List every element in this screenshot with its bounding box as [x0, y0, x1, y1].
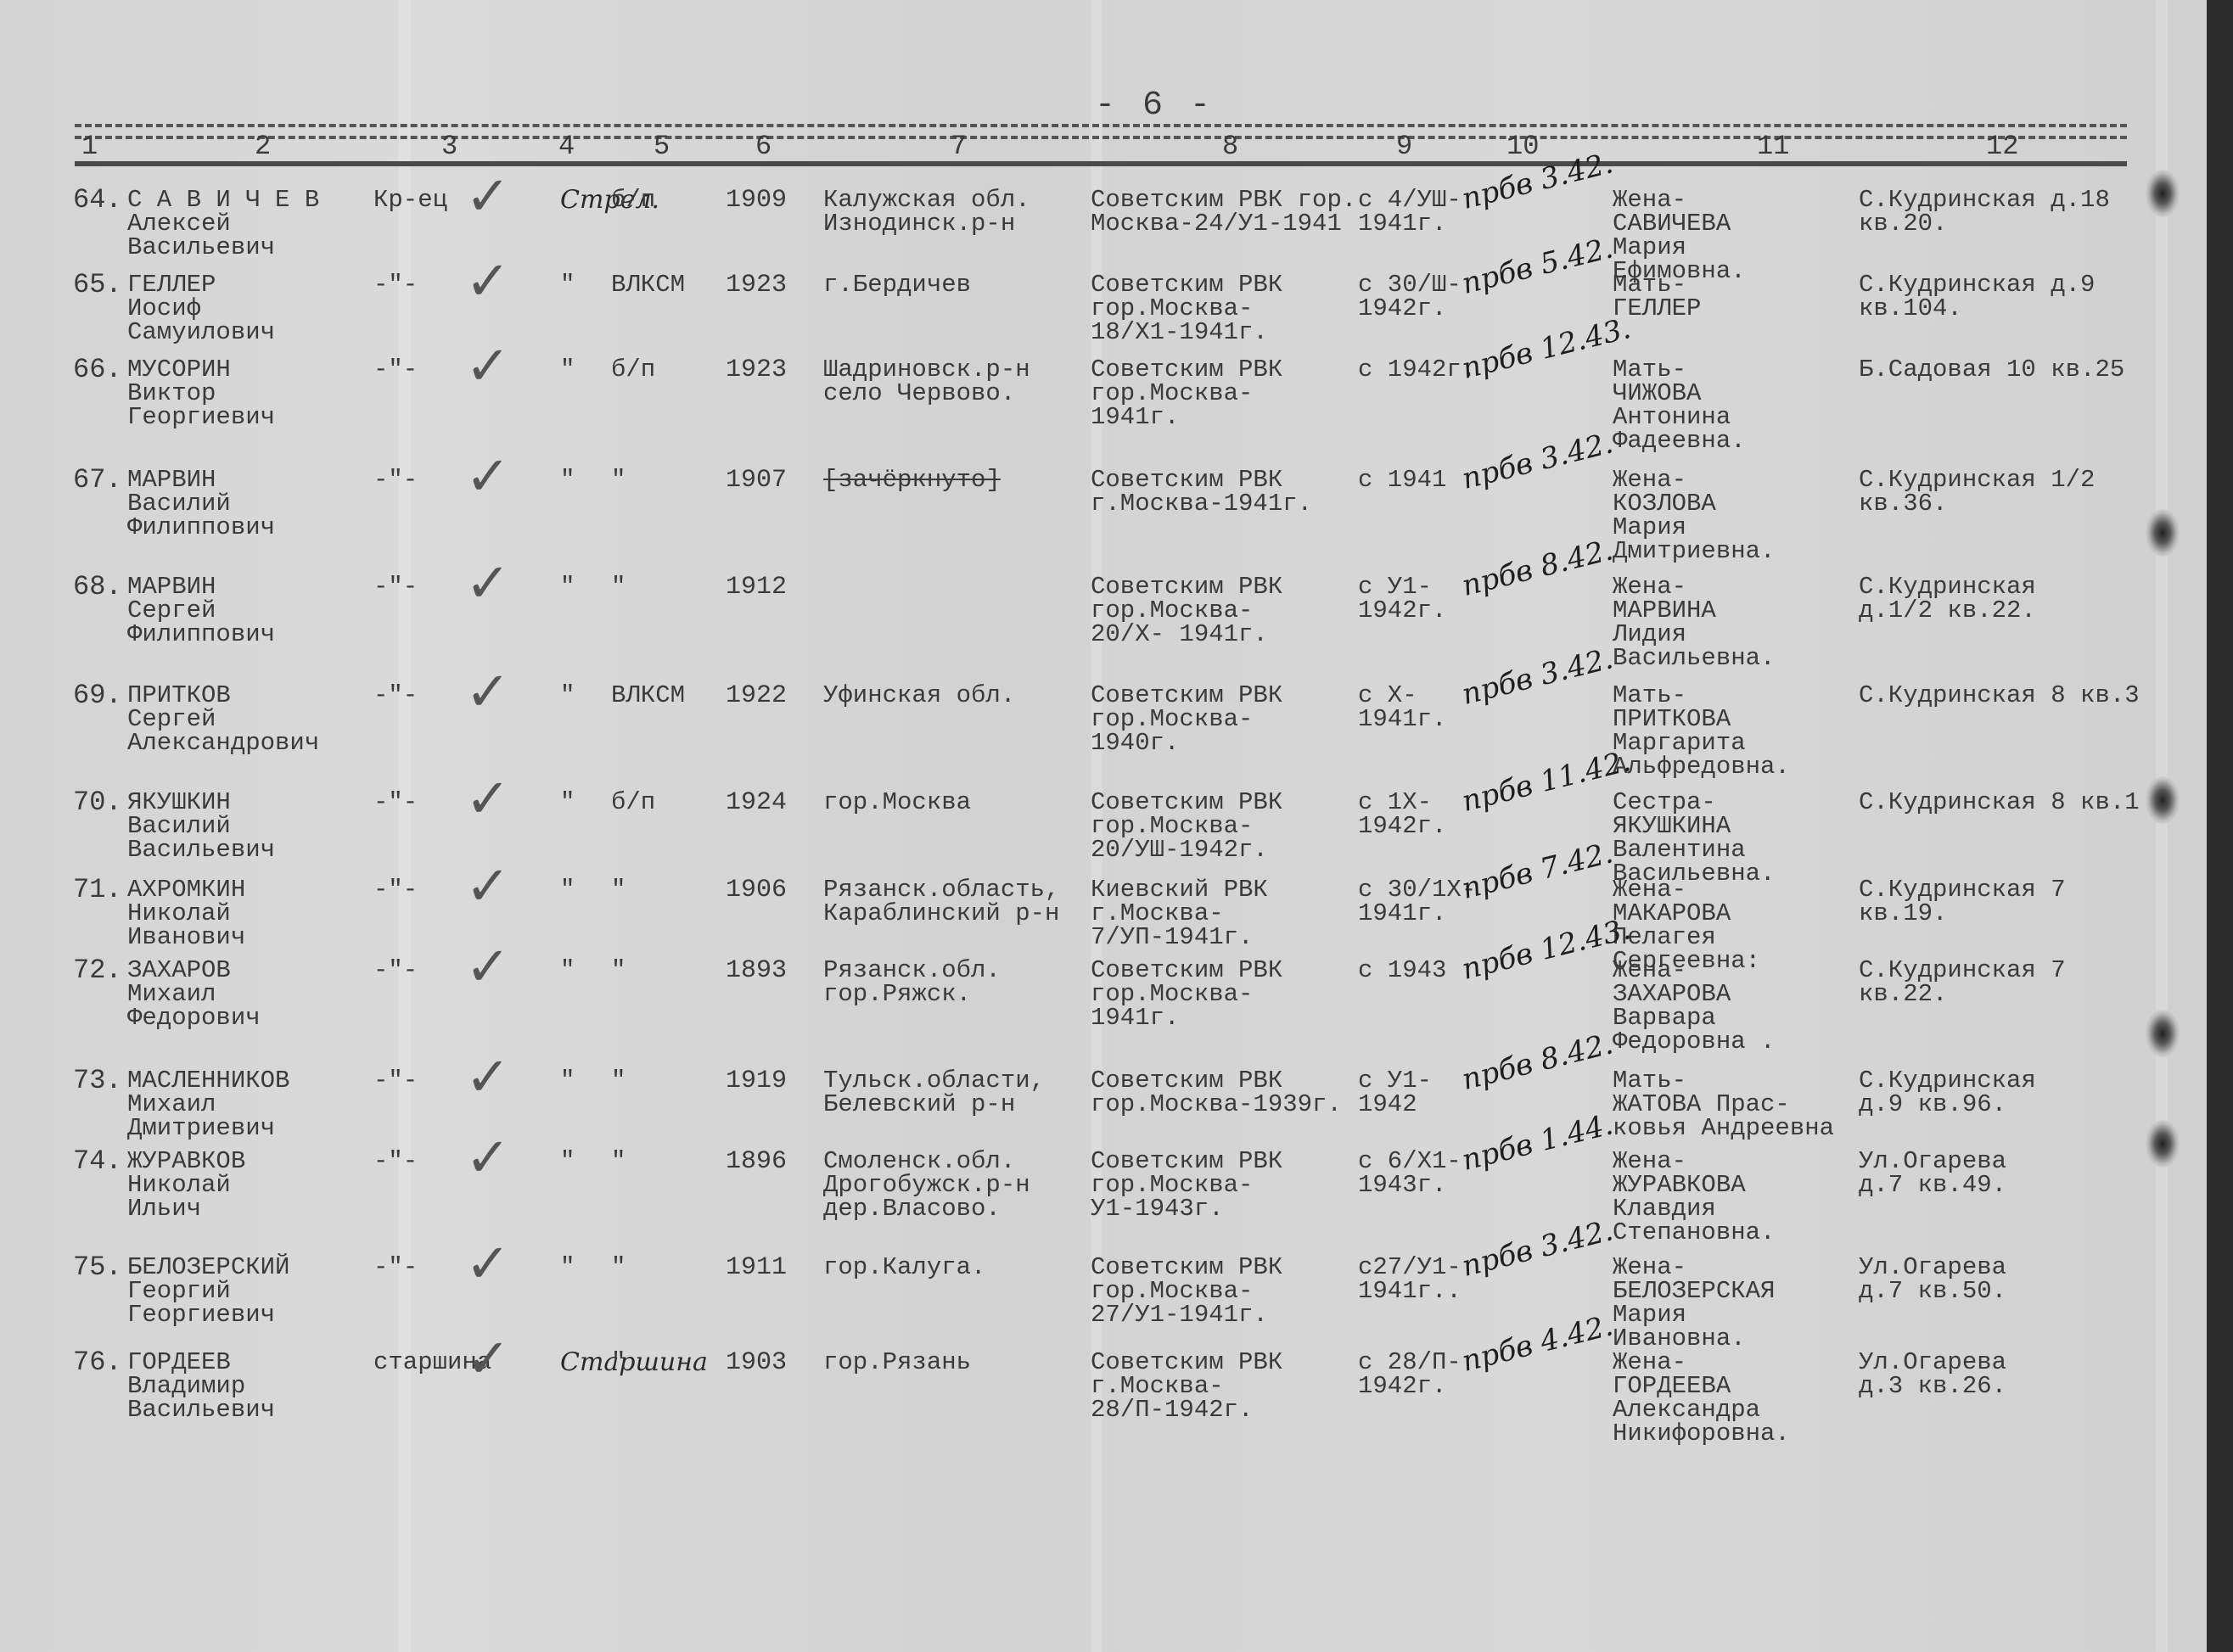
- check-mark-icon: ✓: [465, 861, 511, 912]
- service-since: с 1943: [1358, 959, 1446, 983]
- address: Б.Садовая 10 кв.25: [1859, 358, 2124, 382]
- surname: БЕЛОЗЕРСКИЙ: [127, 1256, 289, 1280]
- column-header-7: 7: [951, 131, 967, 162]
- header-thick-rule: [75, 161, 2127, 166]
- service-since: с 6/Х1- 1943г.: [1358, 1150, 1462, 1197]
- surname: ПРИТКОВ: [127, 684, 231, 708]
- column-header-5: 5: [654, 131, 670, 162]
- conscription-office: Советским РВК г.Москва- 28/П-1942г.: [1091, 1351, 1282, 1422]
- patronymic: Дмитриевич: [127, 1117, 275, 1140]
- patronymic: Георгиевич: [127, 1303, 275, 1327]
- party-affiliation: ": [611, 959, 626, 983]
- service-since: с 4/УШ- 1941г.: [1358, 188, 1462, 236]
- service-since: с 30/1Х- 1941г.: [1358, 878, 1476, 926]
- conscription-office: Советским РВК гор.Москва- 1941г.: [1091, 959, 1282, 1030]
- address: Ул.Огарева д.7 кв.50.: [1859, 1256, 2006, 1303]
- column-4-value: Старшина: [560, 1351, 708, 1375]
- column-header-4: 4: [558, 131, 575, 162]
- handwritten-note: прбв 5.42.: [1460, 236, 1615, 296]
- surname: ГЕЛЛЕР: [127, 273, 216, 297]
- birth-year: 1923: [726, 358, 787, 382]
- party-affiliation: ": [611, 1256, 626, 1280]
- column-header-3: 3: [441, 131, 457, 162]
- service-since: с27/У1- 1941г..: [1358, 1256, 1462, 1303]
- header-double-rule: [75, 124, 2127, 139]
- handwritten-note: прбв 12.43.: [1460, 316, 1633, 381]
- address: Ул.Огарева д.3 кв.26.: [1859, 1351, 2006, 1398]
- birth-year: 1922: [726, 684, 787, 708]
- row-number: 66.: [73, 358, 122, 382]
- birth-year: 1911: [726, 1256, 787, 1280]
- address: С.Кудринская 7 кв.22.: [1859, 959, 2066, 1006]
- address: С.Кудринская 8 кв.1: [1859, 791, 2140, 815]
- patronymic: Филиппович: [127, 623, 275, 647]
- conscription-office: Советским РВК гор. Москва-24/У1-1941: [1091, 188, 1356, 236]
- birthplace: Уфинская обл.: [823, 684, 1015, 708]
- column-header-10: 10: [1506, 131, 1539, 162]
- address: С.Кудринская 7 кв.19.: [1859, 878, 2066, 926]
- handwritten-note: прбв 8.42.: [1460, 538, 1615, 598]
- patronymic: Васильевич: [127, 1398, 275, 1422]
- rank: Кр-ец: [373, 188, 447, 212]
- page-number: - 6 -: [1095, 87, 1214, 125]
- column-4-value: ": [560, 468, 575, 492]
- column-header-1: 1: [81, 131, 98, 162]
- birth-year: 1912: [726, 575, 787, 599]
- patronymic: Ильич: [127, 1197, 201, 1221]
- check-mark-icon: ✓: [465, 451, 511, 502]
- given-name: Василий: [127, 815, 231, 838]
- birthplace: Шадриновск.р-н село Червово.: [823, 358, 1030, 406]
- conscription-office: Советским РВК гор.Москва- У1-1943г.: [1091, 1150, 1282, 1221]
- surname: ГОРДЕЕВ: [127, 1351, 231, 1375]
- conscription-office: Советским РВК гор.Москва- 27/У1-1941г.: [1091, 1256, 1282, 1327]
- column-4-value: ": [560, 575, 575, 599]
- given-name: Виктор: [127, 382, 216, 406]
- next-of-kin: Жена- МАРВИНА Лидия Васильевна.: [1613, 575, 1775, 670]
- patronymic: Васильевич: [127, 236, 275, 260]
- patronymic: Самуилович: [127, 321, 275, 344]
- handwritten-note: прбв 11.42.: [1460, 749, 1633, 814]
- check-mark-icon: ✓: [465, 667, 511, 718]
- next-of-kin: Мать- ПРИТКОВА Маргарита Альфредовна.: [1613, 684, 1790, 779]
- handwritten-note: прбв 3.42.: [1460, 431, 1615, 491]
- service-since: с 1Х- 1942г.: [1358, 791, 1446, 838]
- binding-hole: [2146, 776, 2180, 824]
- check-mark-icon: ✓: [465, 774, 511, 825]
- conscription-office: Советским РВК гор.Москва- 1941г.: [1091, 358, 1282, 429]
- row-number: 76.: [73, 1351, 122, 1375]
- rank: -"-: [373, 1150, 418, 1173]
- address: Ул.Огарева д.7 кв.49.: [1859, 1150, 2006, 1197]
- column-header-2: 2: [255, 131, 271, 162]
- birth-year: 1909: [726, 188, 787, 212]
- handwritten-note: прбв 1.44.: [1460, 1112, 1615, 1173]
- given-name: Николай: [127, 902, 231, 926]
- surname: МАРВИН: [127, 575, 216, 599]
- handwritten-note: прбв 3.42.: [1460, 1218, 1615, 1279]
- column-4-value: ": [560, 358, 575, 382]
- next-of-kin: Сестра- ЯКУШКИНА Валентина Васильевна.: [1613, 791, 1775, 886]
- given-name: Михаил: [127, 1093, 216, 1117]
- column-header-6: 6: [755, 131, 771, 162]
- party-affiliation: ": [611, 1150, 626, 1173]
- check-mark-icon: ✓: [465, 171, 511, 222]
- conscription-office: Советским РВК гор.Москва- 18/Х1-1941г.: [1091, 273, 1282, 344]
- binding-hole: [2146, 1120, 2180, 1168]
- rank: -"-: [373, 1256, 418, 1280]
- birthplace: Рязанск.область, Караблинский р-н: [823, 878, 1059, 926]
- conscription-office: Советским РВК гор.Москва- 1940г.: [1091, 684, 1282, 755]
- service-since: с 1941: [1358, 468, 1446, 492]
- row-number: 75.: [73, 1256, 122, 1280]
- party-affiliation: б/п: [611, 791, 655, 815]
- birth-year: 1896: [726, 1150, 787, 1173]
- next-of-kin: Мать- ЖАТОВА Прас- ковья Андреевна: [1613, 1069, 1834, 1140]
- handwritten-note: прбв 12.43.: [1460, 917, 1633, 982]
- party-affiliation: ": [611, 468, 626, 492]
- given-name: Николай: [127, 1173, 231, 1197]
- next-of-kin: Жена- ГОРДЕЕВА Александра Никифоровна.: [1613, 1351, 1790, 1446]
- column-4-value: ": [560, 959, 575, 983]
- column-4-value: ": [560, 791, 575, 815]
- given-name: Георгий: [127, 1280, 231, 1303]
- next-of-kin: Жена- БЕЛОЗЕРСКАЯ Мария Ивановна.: [1613, 1256, 1775, 1351]
- next-of-kin: Жена- КОЗЛОВА Мария Дмитриевна.: [1613, 468, 1775, 563]
- rank: -"-: [373, 468, 418, 492]
- patronymic: Филиппович: [127, 516, 275, 540]
- service-since: с Х- 1941г.: [1358, 684, 1446, 731]
- row-number: 65.: [73, 273, 122, 297]
- column-header-11: 11: [1757, 131, 1789, 162]
- birthplace: Рязанск.обл. гор.Ряжск.: [823, 959, 1001, 1006]
- birth-year: 1923: [726, 273, 787, 297]
- column-header-12: 12: [1986, 131, 2018, 162]
- rank: -"-: [373, 273, 418, 297]
- party-affiliation: б/п: [611, 358, 655, 382]
- rank: -"-: [373, 575, 418, 599]
- surname: МУСОРИН: [127, 358, 231, 382]
- birthplace: гор.Калуга.: [823, 1256, 985, 1280]
- column-4-value: ": [560, 684, 575, 708]
- birthplace: [зачёркнуто]: [823, 468, 1001, 492]
- address: С.Кудринская 8 кв.3: [1859, 684, 2140, 708]
- birth-year: 1919: [726, 1069, 787, 1093]
- next-of-kin: Жена- ЗАХАРОВА Варвара Федоровна .: [1613, 959, 1775, 1054]
- party-affiliation: б/п: [611, 188, 655, 212]
- service-since: с 1942г.: [1358, 358, 1476, 382]
- surname: МАРВИН: [127, 468, 216, 492]
- conscription-office: Киевский РВК г.Москва- 7/УП-1941г.: [1091, 878, 1268, 949]
- birth-year: 1903: [726, 1351, 787, 1375]
- binding-hole: [2146, 170, 2180, 217]
- birthplace: гор.Москва: [823, 791, 971, 815]
- birthplace: Смоленск.обл. Дрогобужск.р-н дер.Власово…: [823, 1150, 1030, 1221]
- row-number: 68.: [73, 575, 122, 599]
- rank: -"-: [373, 1069, 418, 1093]
- birth-year: 1924: [726, 791, 787, 815]
- rank: -"-: [373, 684, 418, 708]
- check-mark-icon: ✓: [465, 1052, 511, 1103]
- rank: -"-: [373, 878, 418, 902]
- rank: -"-: [373, 791, 418, 815]
- conscription-office: Советским РВК г.Москва-1941г.: [1091, 468, 1312, 516]
- patronymic: Александрович: [127, 731, 319, 755]
- column-4-value: ": [560, 878, 575, 902]
- party-affiliation: ВЛКСМ: [611, 273, 685, 297]
- next-of-kin: Жена- ЖУРАВКОВА Клавдия Степановна.: [1613, 1150, 1775, 1245]
- patronymic: Иванович: [127, 926, 245, 949]
- service-since: с 30/Ш- 1942г.: [1358, 273, 1462, 321]
- birthplace: г.Бердичев: [823, 273, 971, 297]
- given-name: Сергей: [127, 708, 216, 731]
- party-affiliation: ": [611, 1069, 626, 1093]
- next-of-kin: Мать- ЧИЖОВА Антонина Фадеевна.: [1613, 358, 1746, 453]
- handwritten-note: прбв 3.42.: [1460, 647, 1615, 707]
- conscription-office: Советским РВК гор.Москва- 20/УШ-1942г.: [1091, 791, 1282, 862]
- row-number: 64.: [73, 188, 122, 212]
- given-name: Михаил: [127, 983, 216, 1006]
- surname: АХРОМКИН: [127, 878, 245, 902]
- scan-edge: [2207, 0, 2233, 1652]
- surname: ЗАХАРОВ: [127, 959, 231, 983]
- surname: ЯКУШКИН: [127, 791, 231, 815]
- paper-fold: [2156, 0, 2168, 1652]
- document-page: - 6 - 1 2 3 4 5 6 7 8 9 10 11 12 64.С А …: [0, 0, 2207, 1652]
- given-name: Владимир: [127, 1375, 245, 1398]
- check-mark-icon: ✓: [465, 558, 511, 609]
- binding-hole: [2146, 509, 2180, 557]
- patronymic: Федорович: [127, 1006, 261, 1030]
- rank: -"-: [373, 358, 418, 382]
- surname: С А В И Ч Е В: [127, 188, 319, 212]
- check-mark-icon: ✓: [465, 1334, 511, 1385]
- surname: МАСЛЕННИКОВ: [127, 1069, 289, 1093]
- row-number: 69.: [73, 684, 122, 708]
- column-4-value: ": [560, 1256, 575, 1280]
- address: С.Кудринская 1/2 кв.36.: [1859, 468, 2095, 516]
- given-name: Василий: [127, 492, 231, 516]
- address: С.Кудринская д.9 кв.96.: [1859, 1069, 2036, 1117]
- row-number: 71.: [73, 878, 122, 902]
- column-4-value: ": [560, 1150, 575, 1173]
- row-number: 74.: [73, 1150, 122, 1173]
- birth-year: 1906: [726, 878, 787, 902]
- address: С.Кудринская д.9 кв.104.: [1859, 273, 2095, 321]
- party-affiliation: ВЛКСМ: [611, 684, 685, 708]
- binding-hole: [2146, 1010, 2180, 1057]
- service-since: с У1- 1942: [1358, 1069, 1432, 1117]
- birth-year: 1907: [726, 468, 787, 492]
- given-name: Иосиф: [127, 297, 201, 321]
- party-affiliation: ": [611, 878, 626, 902]
- check-mark-icon: ✓: [465, 1239, 511, 1290]
- check-mark-icon: ✓: [465, 256, 511, 307]
- service-since: с У1- 1942г.: [1358, 575, 1446, 623]
- check-mark-icon: ✓: [465, 942, 511, 993]
- conscription-office: Советским РВК гор.Москва-1939г.: [1091, 1069, 1342, 1117]
- party-affiliation: ": [611, 1351, 626, 1375]
- conscription-office: Советским РВК гор.Москва- 20/Х- 1941г.: [1091, 575, 1282, 647]
- handwritten-note: прбв 4.42.: [1460, 1313, 1615, 1374]
- patronymic: Васильевич: [127, 838, 275, 862]
- birthplace: гор.Рязань: [823, 1351, 971, 1375]
- row-number: 72.: [73, 959, 122, 983]
- next-of-kin: Жена- САВИЧЕВА Мария Ефимовна.: [1613, 188, 1746, 283]
- birthplace: Тульск.области, Белевский р-н: [823, 1069, 1045, 1117]
- patronymic: Георгиевич: [127, 406, 275, 429]
- paper-fold: [399, 0, 411, 1652]
- birthplace: Калужская обл. Изнодинск.р-н: [823, 188, 1030, 236]
- handwritten-note: прбв 8.42.: [1460, 1032, 1615, 1092]
- address: С.Кудринская д.1/2 кв.22.: [1859, 575, 2036, 623]
- party-affiliation: ": [611, 575, 626, 599]
- column-4-value: ": [560, 273, 575, 297]
- column-header-8: 8: [1222, 131, 1238, 162]
- given-name: Алексей: [127, 212, 231, 236]
- given-name: Сергей: [127, 599, 216, 623]
- birth-year: 1893: [726, 959, 787, 983]
- row-number: 73.: [73, 1069, 122, 1093]
- row-number: 67.: [73, 468, 122, 492]
- handwritten-note: прбв 7.42.: [1460, 841, 1615, 901]
- check-mark-icon: ✓: [465, 341, 511, 392]
- rank: -"-: [373, 959, 418, 983]
- service-since: с 28/П- 1942г.: [1358, 1351, 1462, 1398]
- row-number: 70.: [73, 791, 122, 815]
- column-header-9: 9: [1396, 131, 1412, 162]
- address: С.Кудринская д.18 кв.20.: [1859, 188, 2110, 236]
- column-4-value: ": [560, 1069, 575, 1093]
- surname: ЖУРАВКОВ: [127, 1150, 245, 1173]
- check-mark-icon: ✓: [465, 1133, 511, 1184]
